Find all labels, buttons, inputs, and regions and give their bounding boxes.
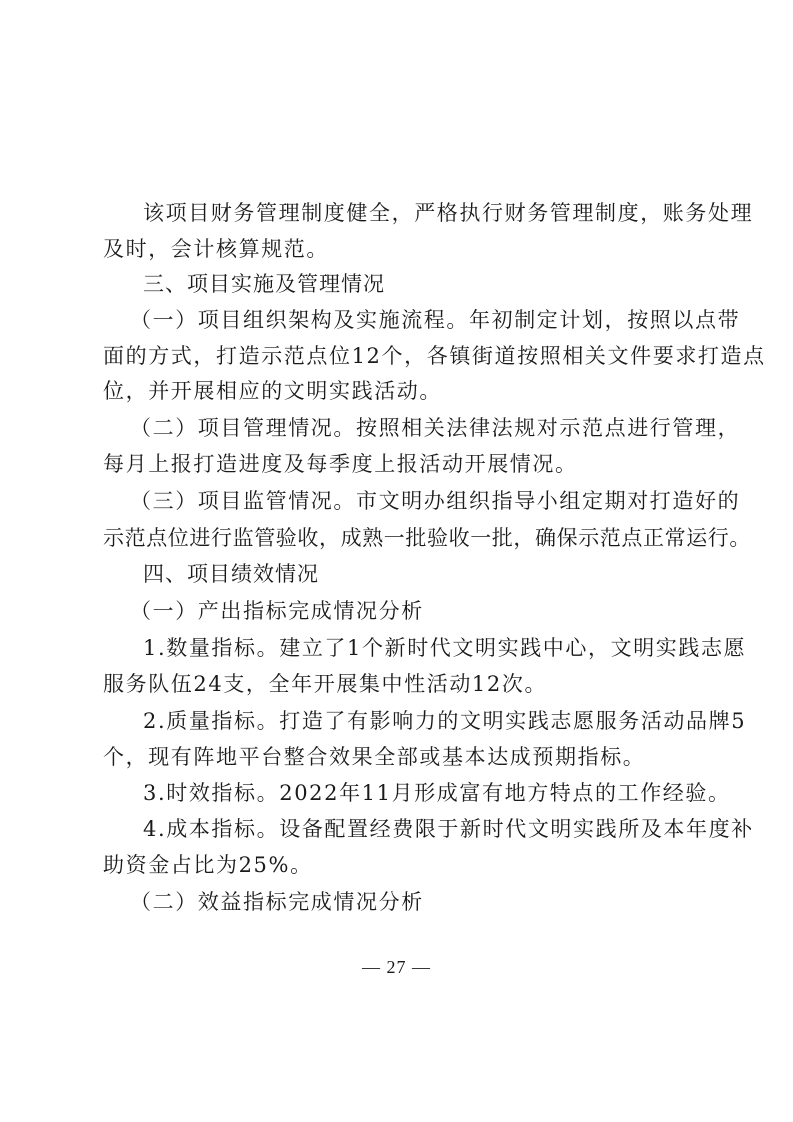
paragraph-line: 示范点位进行监管验收，成熟一批验收一批，确保示范点正常运行。: [103, 525, 693, 551]
page-number: — 27 —: [0, 957, 793, 978]
paragraph-line: （三）项目监管情况。市文明办组织指导小组定期对打造好的: [130, 488, 720, 514]
paragraph-line: 3.时效指标。2022年11月形成富有地方特点的工作经验。: [143, 780, 733, 806]
paragraph-line: 面的方式，打造示范点位12个，各镇街道按照相关文件要求打造点: [103, 343, 693, 369]
document-page: 该项目财务管理制度健全，严格执行财务管理制度，账务处理 及时，会计核算规范。 三…: [0, 0, 793, 1122]
paragraph-line: 服务队伍24支，全年开展集中性活动12次。: [103, 671, 693, 697]
paragraph-line: 助资金占比为25%。: [103, 852, 693, 878]
subsection-heading: （一）产出指标完成情况分析: [130, 598, 720, 624]
paragraph-line: （一）项目组织架构及实施流程。年初制定计划，按照以点带: [130, 307, 720, 333]
paragraph-line: 2.质量指标。打造了有影响力的文明实践志愿服务活动品牌5: [143, 708, 733, 734]
section-heading: 三、项目实施及管理情况: [143, 271, 733, 297]
paragraph-line: 及时，会计核算规范。: [103, 236, 693, 262]
paragraph-line: 位，并开展相应的文明实践活动。: [103, 378, 693, 404]
paragraph-line: 4.成本指标。设备配置经费限于新时代文明实践所及本年度补: [143, 816, 733, 842]
paragraph-line: 个，现有阵地平台整合效果全部或基本达成预期指标。: [103, 744, 693, 770]
subsection-heading: （二）效益指标完成情况分析: [130, 889, 720, 915]
paragraph-line: 该项目财务管理制度健全，严格执行财务管理制度，账务处理: [143, 200, 733, 226]
section-heading: 四、项目绩效情况: [143, 561, 733, 587]
paragraph-line: （二）项目管理情况。按照相关法律法规对示范点进行管理，: [130, 415, 720, 441]
paragraph-line: 1.数量指标。建立了1个新时代文明实践中心，文明实践志愿: [143, 635, 733, 661]
paragraph-line: 每月上报打造进度及每季度上报活动开展情况。: [103, 451, 693, 477]
